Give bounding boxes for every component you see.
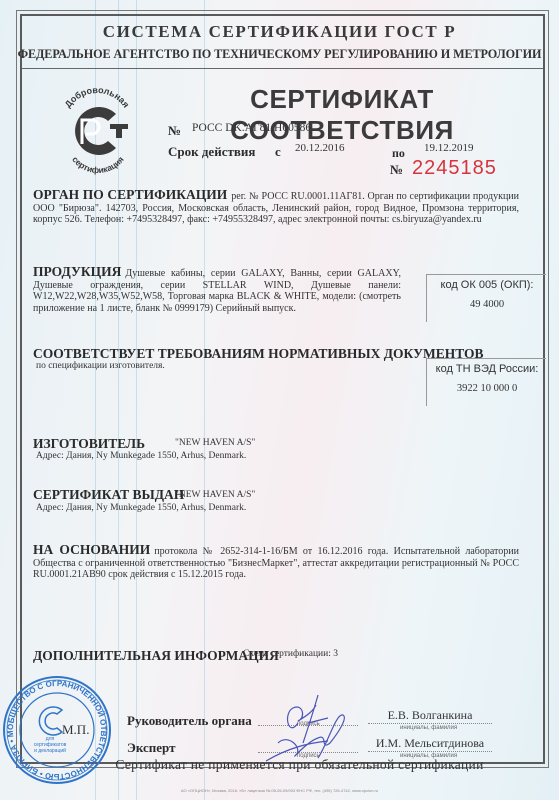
head-name-caption: инициалы, фамилия <box>400 725 457 731</box>
system-title: СИСТЕМА СЕРТИФИКАЦИИ ГОСТ Р <box>0 22 559 42</box>
expert-name: И.М. Мельситдинова <box>370 736 490 751</box>
serial-number: 2245185 <box>412 157 497 180</box>
agency-title: ФЕДЕРАЛЬНОЕ АГЕНТСТВО ПО ТЕХНИЧЕСКОМУ РЕ… <box>0 47 559 62</box>
issued-to-name: "NEW HAVEN A/S" <box>175 490 255 500</box>
head-signature-label: Руководитель органа <box>127 713 252 729</box>
certificate-number-label: № <box>168 123 181 139</box>
validity-label: Срок действия <box>168 144 255 160</box>
tnved-code-label: код ТН ВЭД России: <box>427 363 547 375</box>
certification-body-heading: ОРГАН ПО СЕРТИФИКАЦИИ <box>33 187 227 202</box>
valid-from-date: 20.12.2016 <box>295 142 345 154</box>
compliance-heading: СООТВЕТСТВУЕТ ТРЕБОВАНИЯМ НОРМАТИВНЫХ ДО… <box>33 346 484 362</box>
expert-signature-label: Эксперт <box>127 740 175 756</box>
issued-to-address: Адрес: Дания, Ny Munkegade 1550, Arhus, … <box>36 503 246 513</box>
manufacturer-heading: ИЗГОТОВИТЕЛЬ <box>33 436 145 452</box>
head-name-line <box>368 723 492 724</box>
serial-number-label: № <box>390 162 403 178</box>
manufacturer-address: Адрес: Дания, Ny Munkegade 1550, Arhus, … <box>36 451 246 461</box>
okp-code-value: 49 4000 <box>427 299 547 310</box>
stamp-place-label: М.П. <box>62 722 89 738</box>
rst-logo-icon: Добровольная сертификация <box>52 86 142 176</box>
certificate-number: РОСС DK.АГ81.Н00586 <box>192 122 311 134</box>
valid-to-date: 19.12.2019 <box>424 142 474 154</box>
header-divider <box>22 68 543 69</box>
okp-code-label: код ОК 005 (ОКП): <box>427 279 547 291</box>
manufacturer-name: "NEW HAVEN A/S" <box>175 438 255 448</box>
tnved-code-box: код ТН ВЭД России: 3922 10 000 0 <box>426 358 546 406</box>
compliance-text: по спецификации изготовителя. <box>36 361 165 371</box>
additional-info-text: Схема сертификации: 3 <box>243 649 338 659</box>
tnved-code-value: 3922 10 000 0 <box>427 383 547 394</box>
handwritten-signature-icon <box>258 693 358 763</box>
printer-imprint: АО «ОПЦИОН», Москва, 2016, «Б» лицензия … <box>0 788 559 793</box>
head-name: Е.В. Волганкина <box>370 708 490 723</box>
additional-info-heading: ДОПОЛНИТЕЛЬНАЯ ИНФОРМАЦИЯ <box>33 648 279 664</box>
issued-to-heading: СЕРТИФИКАТ ВЫДАН <box>33 487 184 503</box>
svg-text:сертификация: сертификация <box>70 154 126 175</box>
svg-text:Добровольная: Добровольная <box>63 86 132 109</box>
expert-name-line <box>368 751 492 752</box>
certification-body-section: ОРГАН ПО СЕРТИФИКАЦИИрег. № РОСС RU.0001… <box>33 189 519 226</box>
footer-note: Сертификат не применяется при обязательн… <box>0 757 559 773</box>
basis-heading: НА ОСНОВАНИИ <box>33 542 150 557</box>
okp-code-box: код ОК 005 (ОКП): 49 4000 <box>426 274 546 322</box>
svg-text:и деклараций: и деклараций <box>34 747 66 754</box>
validity-from-label: с <box>275 144 281 160</box>
product-section: ПРОДУКЦИЯДушевые кабины, серии GALAXY, В… <box>33 266 401 314</box>
basis-section: НА ОСНОВАНИИпротокола № 2652-314-1-16/БМ… <box>33 544 519 581</box>
product-heading: ПРОДУКЦИЯ <box>33 264 121 279</box>
validity-to-label: по <box>392 146 405 161</box>
document-title: СЕРТИФИКАТ СООТВЕТСТВИЯ <box>142 84 542 146</box>
